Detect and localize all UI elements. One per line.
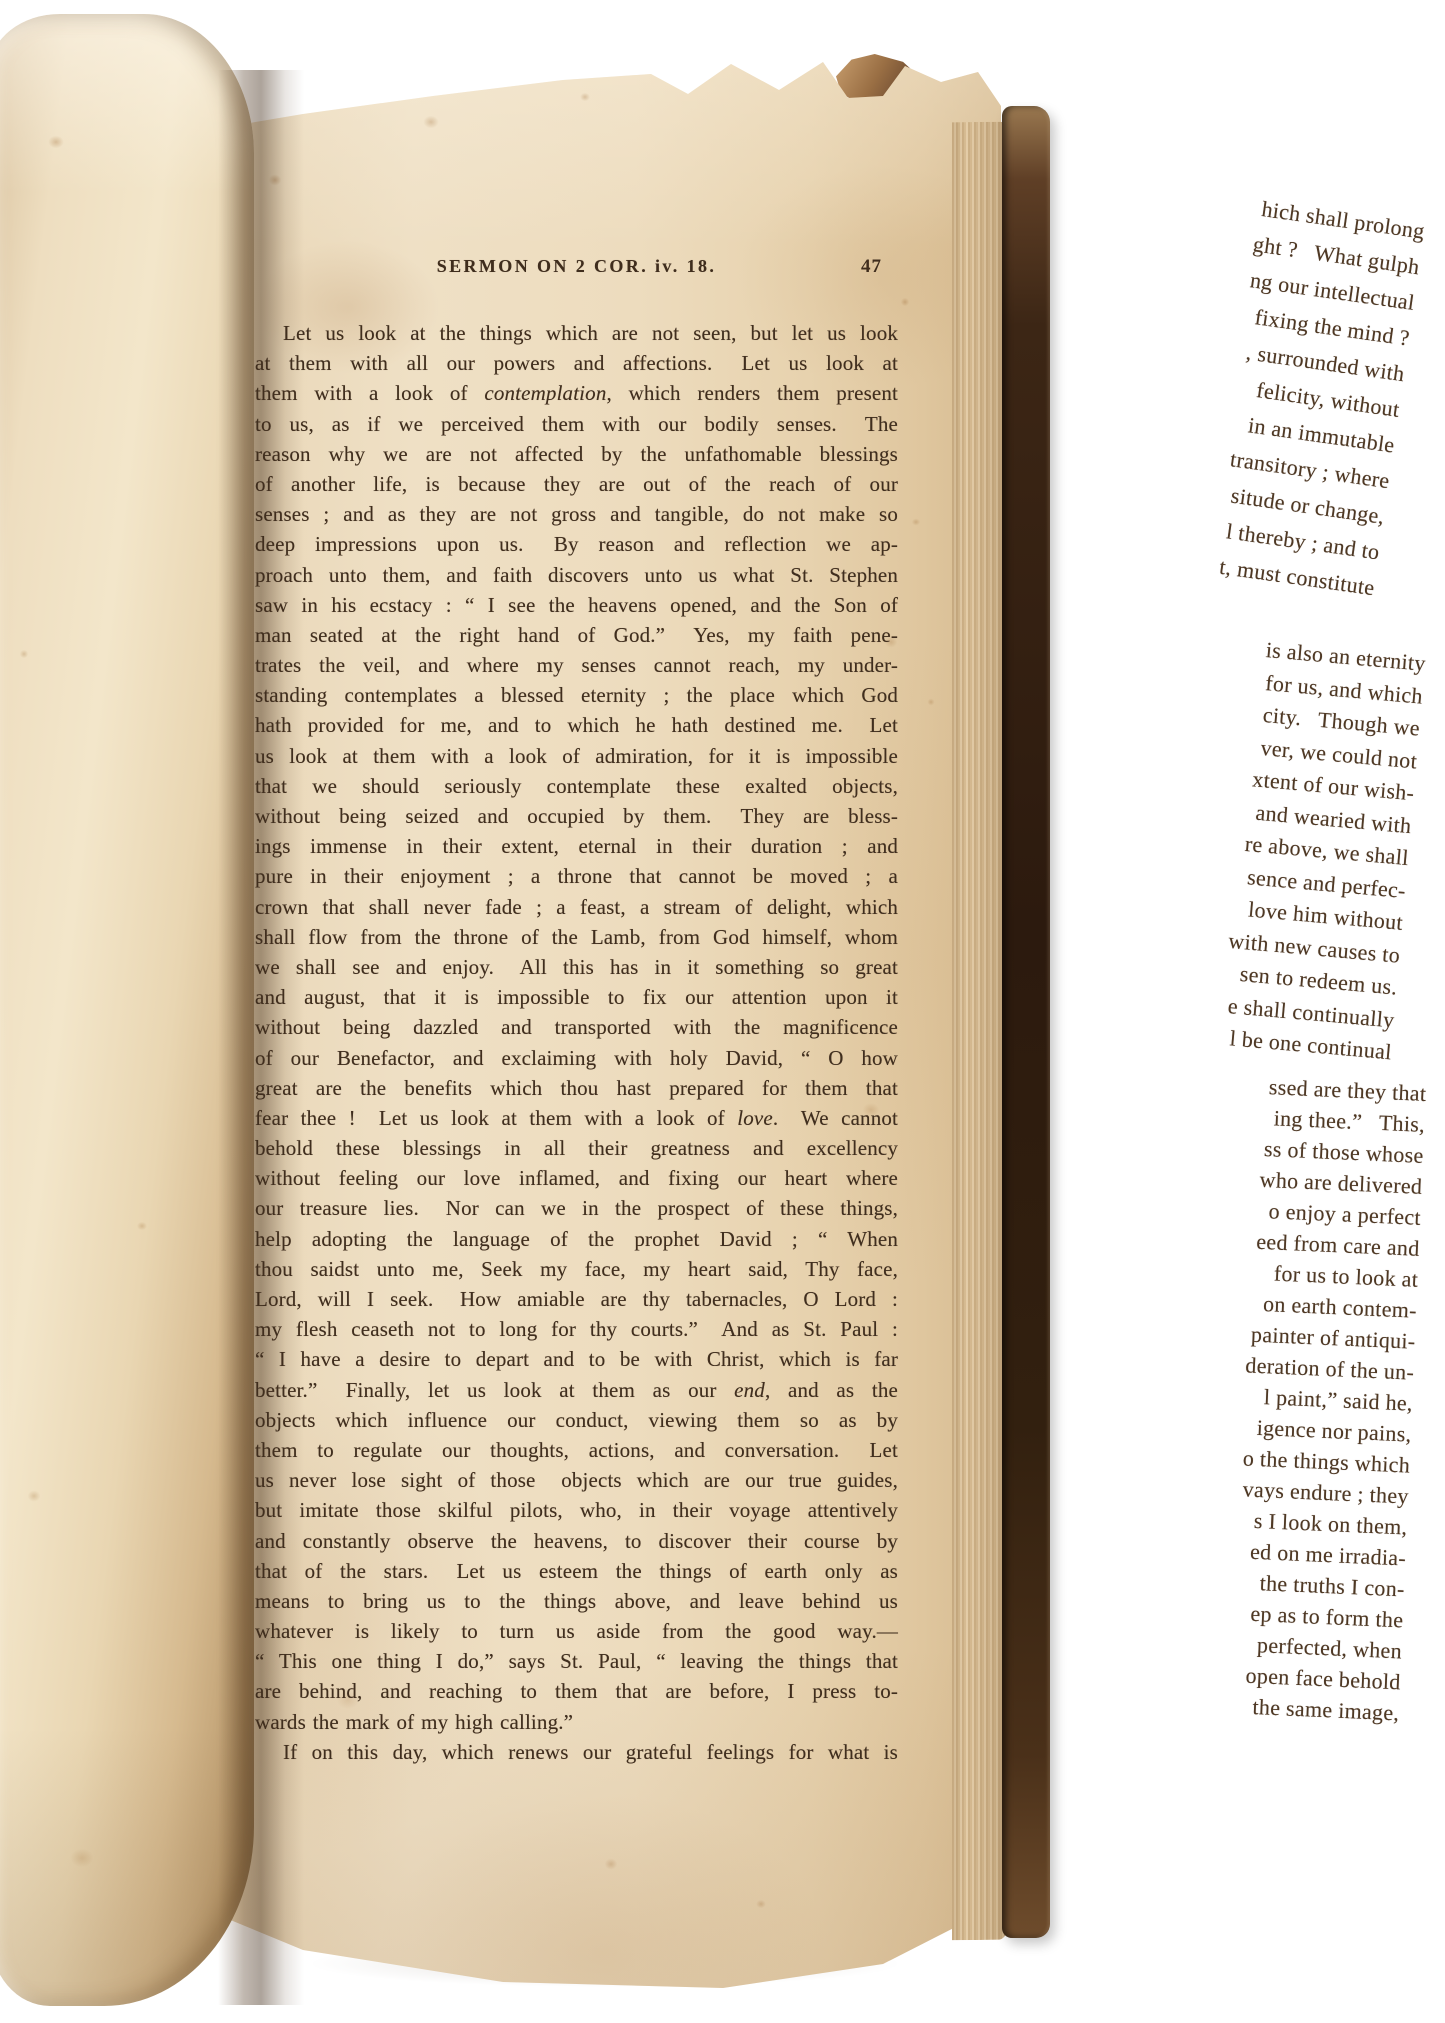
text-line: my flesh ceaseth not to long for thy cou… <box>255 1314 898 1344</box>
text-line: but imitate those skilful pilots, who, i… <box>255 1495 898 1525</box>
text-line: help adopting the language of the prophe… <box>255 1224 898 1254</box>
text-line: Lord, will I seek. How amiable are thy t… <box>255 1284 898 1314</box>
text-line: our treasure lies. Nor can we in the pro… <box>255 1193 898 1223</box>
text-line: behold these blessings in all their grea… <box>255 1133 898 1163</box>
text-line: without feeling our love inflamed, and f… <box>255 1163 898 1193</box>
text-line: saw in his ecstacy : “ I see the heavens… <box>255 590 898 620</box>
running-header-title: SERMON ON 2 COR. iv. 18. <box>255 256 898 277</box>
text-line: without being seized and occupied by the… <box>255 801 898 831</box>
text-line: means to bring us to the things above, a… <box>255 1586 898 1616</box>
text-line: and august, that it is impossible to fix… <box>255 982 898 1012</box>
text-line: proach unto them, and faith discovers un… <box>255 560 898 590</box>
text-line: we shall see and enjoy. All this has in … <box>255 952 898 982</box>
text-line: that of the stars. Let us esteem the thi… <box>255 1556 898 1586</box>
left-page-text-column: ssed are they thating thee.” This,ss of … <box>1147 1067 1427 1728</box>
page-fore-edge <box>952 122 1006 1941</box>
text-line: If on this day, which renews our gratefu… <box>255 1737 898 1767</box>
text-line: fear thee ! Let us look at them with a l… <box>255 1103 898 1133</box>
text-line: to us, as if we perceived them with our … <box>255 409 898 439</box>
text-line: that we should seriously contemplate the… <box>255 771 898 801</box>
page-number: 47 <box>861 256 882 278</box>
curled-left-page <box>0 14 254 2006</box>
text-line: crown that shall never fade ; a feast, a… <box>255 892 898 922</box>
left-page-text-column: hich shall prolongght ? What gulphng our… <box>1122 179 1427 606</box>
text-line: of another life, is because they are out… <box>255 469 898 499</box>
text-line: senses ; and as they are not gross and t… <box>255 499 898 529</box>
text-line: us never lose sight of those objects whi… <box>255 1465 898 1495</box>
text-line: are behind, and reaching to them that ar… <box>255 1676 898 1706</box>
text-line: better.” Finally, let us look at them as… <box>255 1375 898 1405</box>
text-line: of our Benefactor, and exclaiming with h… <box>255 1043 898 1073</box>
text-line: reason why we are not affected by the un… <box>255 439 898 469</box>
text-line: great are the benefits which thou hast p… <box>255 1073 898 1103</box>
text-line: thou saidst unto me, Seek my face, my he… <box>255 1254 898 1284</box>
text-line: pure in their enjoyment ; a throne that … <box>255 861 898 891</box>
text-line: “ I have a desire to depart and to be wi… <box>255 1344 898 1374</box>
text-line: them with a look of contemplation, which… <box>255 378 898 408</box>
photo-background: hich shall prolongght ? What gulphng our… <box>0 0 1445 2023</box>
book-spine <box>1002 106 1050 1938</box>
text-line: whatever is likely to turn us aside from… <box>255 1616 898 1646</box>
text-line: “ This one thing I do,” says St. Paul, “… <box>255 1646 898 1676</box>
running-header: SERMON ON 2 COR. iv. 18. 47 <box>255 256 898 284</box>
text-line: and constantly observe the heavens, to d… <box>255 1526 898 1556</box>
text-line: deep impressions upon us. By reason and … <box>255 529 898 559</box>
text-line: man seated at the right hand of God.” Ye… <box>255 620 898 650</box>
text-line: standing contemplates a blessed eternity… <box>255 680 898 710</box>
text-line: them to regulate our thoughts, actions, … <box>255 1435 898 1465</box>
text-line: trates the veil, and where my senses can… <box>255 650 898 680</box>
text-line: Let us look at the things which are not … <box>255 318 898 348</box>
text-line: us look at them with a look of admiratio… <box>255 741 898 771</box>
sermon-body-text: Let us look at the things which are not … <box>255 318 898 1767</box>
left-page-text-column: is also an eternityfor us, and whichcity… <box>1139 626 1427 1069</box>
text-line: ings immense in their extent, eternal in… <box>255 831 898 861</box>
text-line: at them with all our powers and affectio… <box>255 348 898 378</box>
text-line: hath provided for me, and to which he ha… <box>255 710 898 740</box>
text-line: without being dazzled and transported wi… <box>255 1012 898 1042</box>
text-line: objects which influence our conduct, vie… <box>255 1405 898 1435</box>
text-line: shall flow from the throne of the Lamb, … <box>255 922 898 952</box>
text-line: wards the mark of my high calling.” <box>255 1707 898 1737</box>
